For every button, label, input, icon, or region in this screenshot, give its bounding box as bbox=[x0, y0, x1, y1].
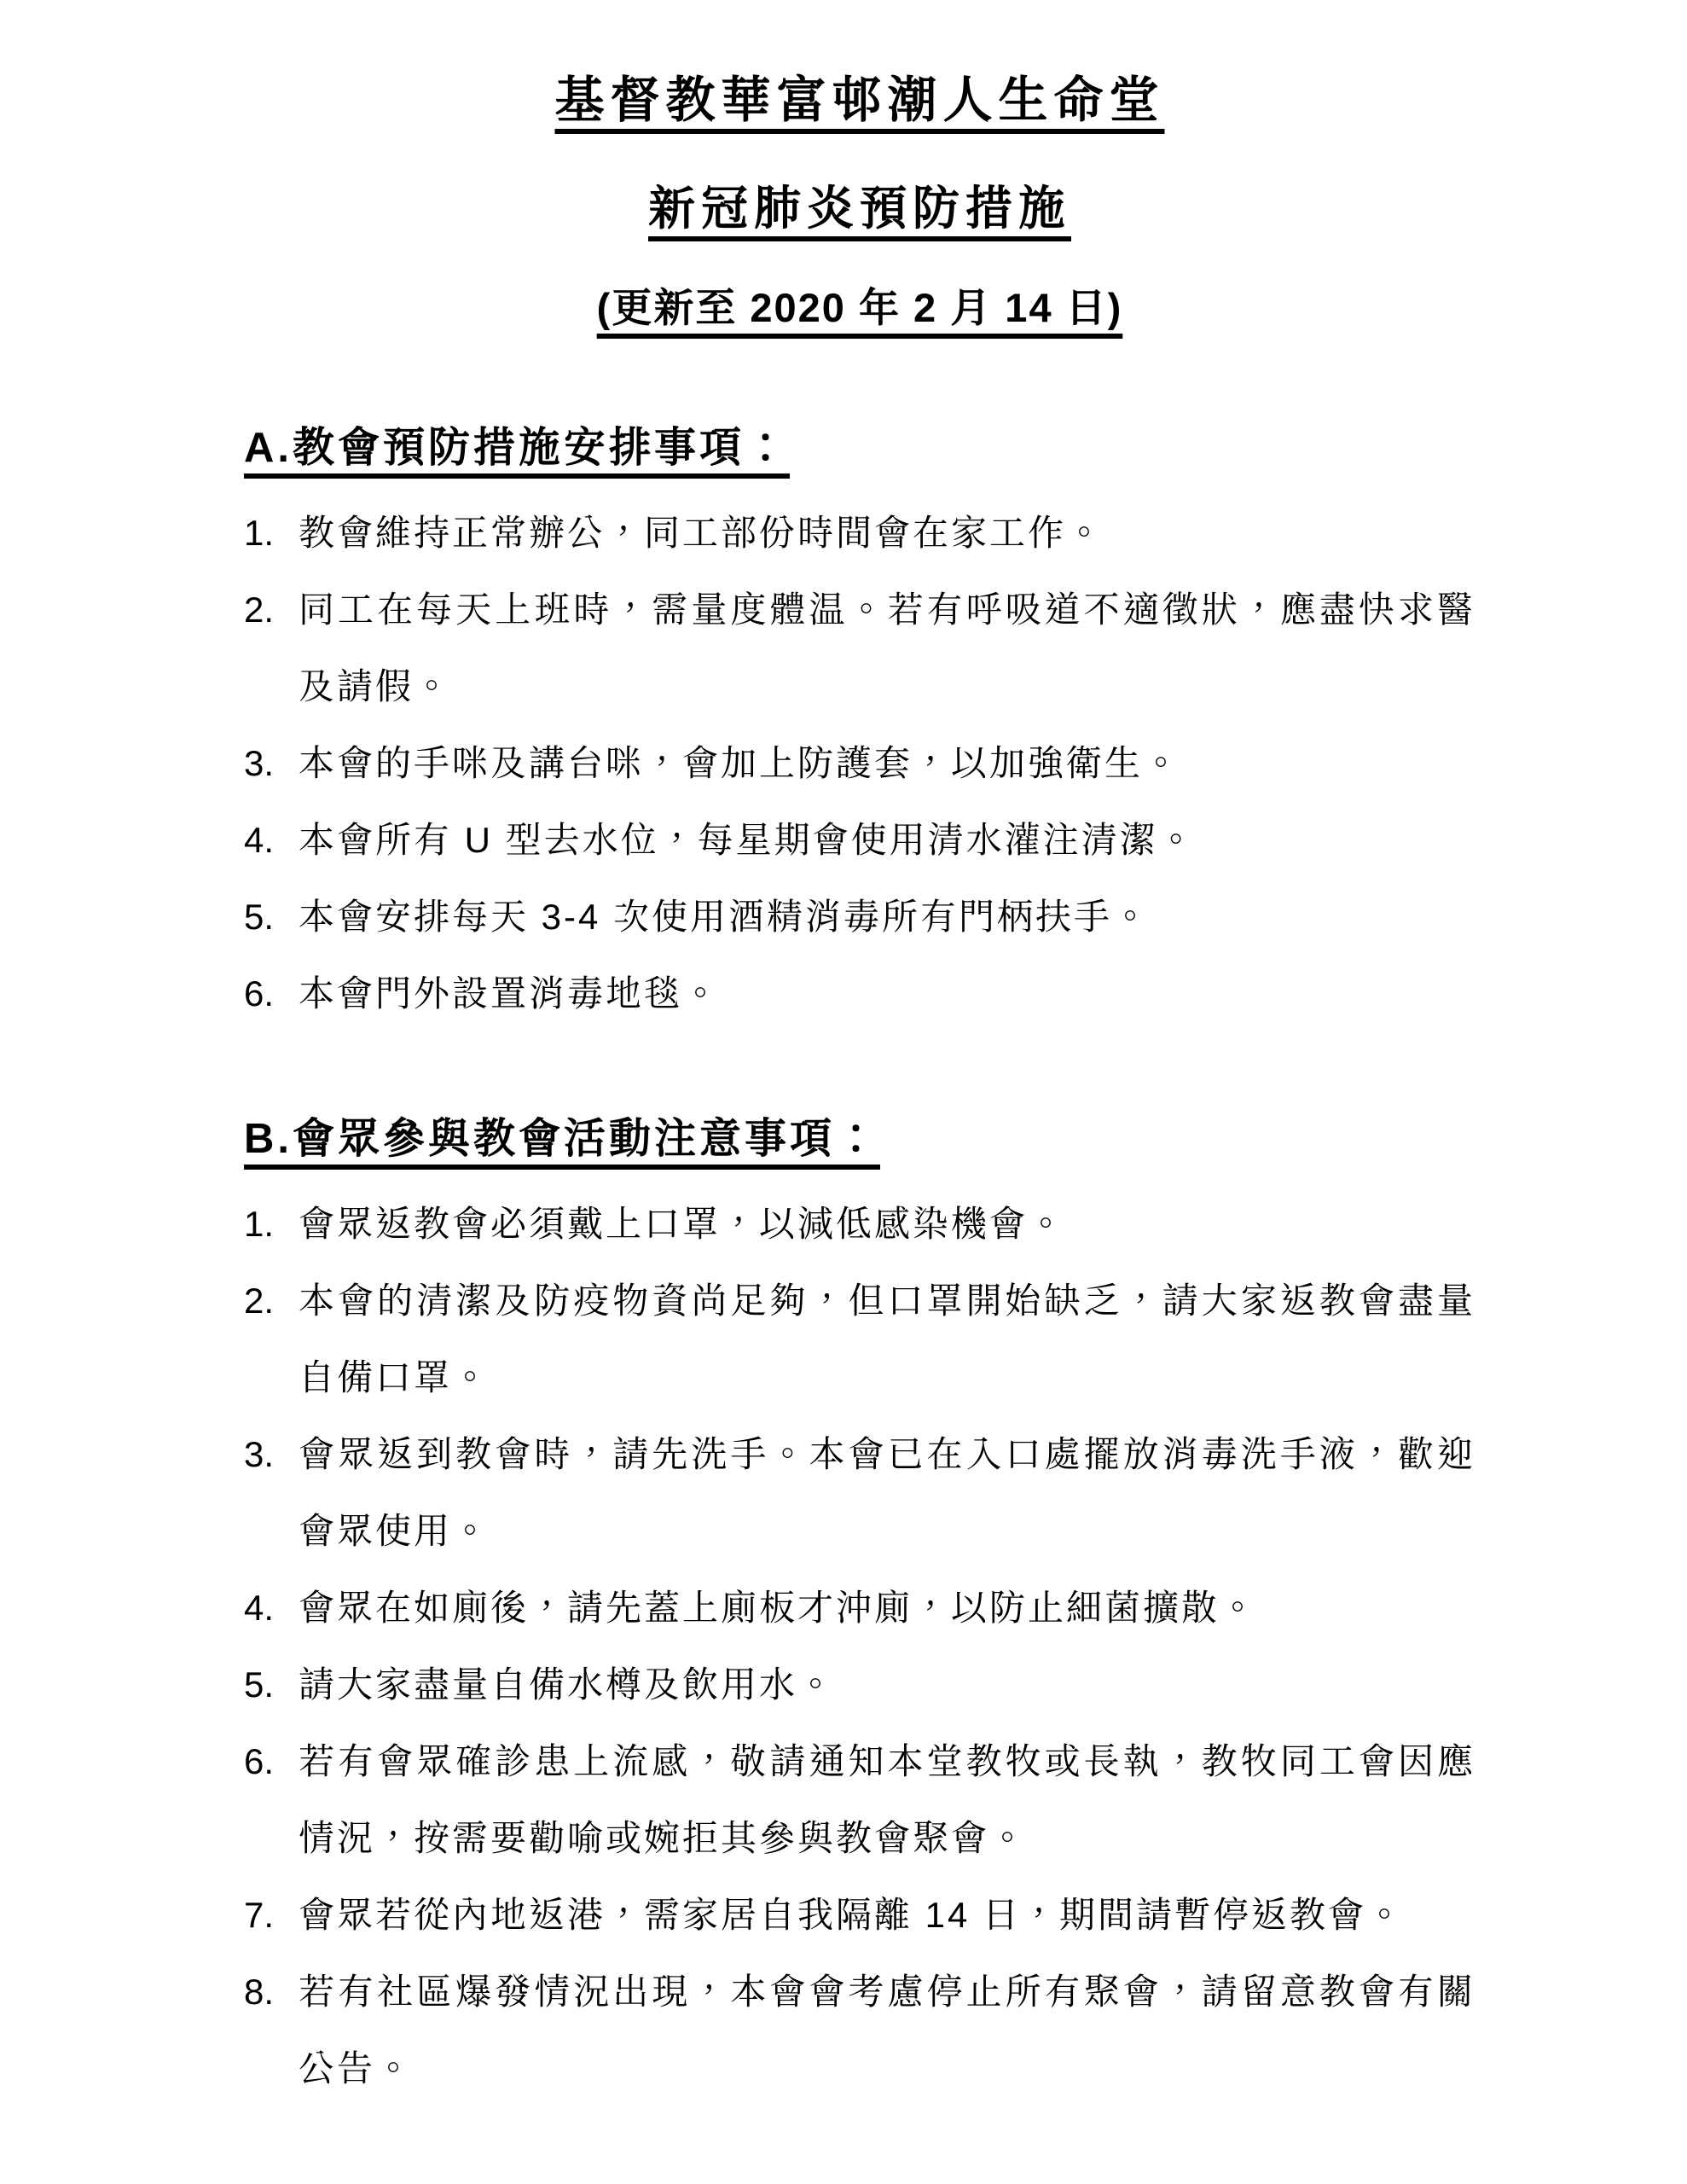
item-text: 請大家盡量自備水樽及飲用水。 bbox=[299, 1647, 1475, 1723]
list-item: 4. 本會所有 U 型去水位，每星期會使用清水灌注清潔。 bbox=[244, 802, 1475, 879]
item-number: 4. bbox=[244, 1570, 299, 1647]
document-title-text: 基督教華富邨潮人生命堂 bbox=[554, 73, 1164, 128]
document-title: 基督教華富邨潮人生命堂 bbox=[244, 73, 1475, 128]
item-text: 本會所有 U 型去水位，每星期會使用清水灌注清潔。 bbox=[299, 802, 1475, 879]
item-number: 5. bbox=[244, 1647, 299, 1723]
list-item: 6. 本會門外設置消毒地毯。 bbox=[244, 955, 1475, 1032]
item-number: 5. bbox=[244, 879, 299, 955]
list-item: 5. 請大家盡量自備水樽及飲用水。 bbox=[244, 1647, 1475, 1723]
document-page: 基督教華富邨潮人生命堂 新冠肺炎預防措施 (更新至 2020 年 2 月 14 … bbox=[0, 0, 1687, 2184]
section-a-label: A. bbox=[244, 425, 293, 471]
item-text: 本會門外設置消毒地毯。 bbox=[299, 955, 1475, 1032]
item-number: 4. bbox=[244, 802, 299, 879]
item-number: 1. bbox=[244, 1186, 299, 1263]
section-b: B.會眾參與教會活動注意事項： 1. 會眾返教會必須戴上口罩，以減低感染機會。 … bbox=[244, 1112, 1475, 2107]
section-a-heading-text: 教會預防措施安排事項： bbox=[293, 425, 790, 471]
list-item: 3. 會眾返到教會時，請先洗手。本會已在入口處擺放消毒洗手液，歡迎會眾使用。 bbox=[244, 1416, 1475, 1570]
item-text: 本會安排每天 3-4 次使用酒精消毒所有門柄扶手。 bbox=[299, 879, 1475, 955]
list-item: 1. 會眾返教會必須戴上口罩，以減低感染機會。 bbox=[244, 1186, 1475, 1263]
item-number: 1. bbox=[244, 495, 299, 572]
item-text: 會眾返教會必須戴上口罩，以減低感染機會。 bbox=[299, 1186, 1475, 1263]
item-text: 若有會眾確診患上流感，敬請通知本堂教牧或長執，教牧同工會因應情況，按需要勸喻或婉… bbox=[299, 1723, 1475, 1877]
item-number: 6. bbox=[244, 1723, 299, 1800]
list-item: 5. 本會安排每天 3-4 次使用酒精消毒所有門柄扶手。 bbox=[244, 879, 1475, 955]
section-b-heading: B.會眾參與教會活動注意事項： bbox=[244, 1112, 1475, 1167]
list-item: 2. 同工在每天上班時，需量度體温。若有呼吸道不適徵狀，應盡快求醫及請假。 bbox=[244, 572, 1475, 725]
document-date-text: (更新至 2020 年 2 月 14 日) bbox=[597, 285, 1123, 330]
list-item: 2. 本會的清潔及防疫物資尚足夠，但口罩開始缺乏，請大家返教會盡量自備口罩。 bbox=[244, 1263, 1475, 1416]
item-text: 會眾在如廁後，請先蓋上廁板才沖廁，以防止細菌擴散。 bbox=[299, 1570, 1475, 1647]
item-text: 會眾若從內地返港，需家居自我隔離 14 日，期間請暫停返教會。 bbox=[299, 1877, 1475, 1954]
item-number: 3. bbox=[244, 725, 299, 802]
list-item: 4. 會眾在如廁後，請先蓋上廁板才沖廁，以防止細菌擴散。 bbox=[244, 1570, 1475, 1647]
item-number: 7. bbox=[244, 1877, 299, 1954]
section-a: A.教會預防措施安排事項： 1. 教會維持正常辦公，同工部份時間會在家工作。 2… bbox=[244, 421, 1475, 1032]
list-item: 3. 本會的手咪及講台咪，會加上防護套，以加強衛生。 bbox=[244, 725, 1475, 802]
section-b-heading-text: 會眾參與教會活動注意事項： bbox=[293, 1116, 880, 1162]
item-text: 本會的手咪及講台咪，會加上防護套，以加強衛生。 bbox=[299, 725, 1475, 802]
section-a-items: 1. 教會維持正常辦公，同工部份時間會在家工作。 2. 同工在每天上班時，需量度… bbox=[244, 495, 1475, 1032]
section-b-items: 1. 會眾返教會必須戴上口罩，以減低感染機會。 2. 本會的清潔及防疫物資尚足夠… bbox=[244, 1186, 1475, 2107]
item-text: 同工在每天上班時，需量度體温。若有呼吸道不適徵狀，應盡快求醫及請假。 bbox=[299, 572, 1475, 725]
item-text: 本會的清潔及防疫物資尚足夠，但口罩開始缺乏，請大家返教會盡量自備口罩。 bbox=[299, 1263, 1475, 1416]
list-item: 1. 教會維持正常辦公，同工部份時間會在家工作。 bbox=[244, 495, 1475, 572]
item-text: 若有社區爆發情況出現，本會會考慮停止所有聚會，請留意教會有關公告。 bbox=[299, 1954, 1475, 2107]
document-date: (更新至 2020 年 2 月 14 日) bbox=[244, 285, 1475, 331]
document-subtitle: 新冠肺炎預防措施 bbox=[244, 183, 1475, 235]
item-text: 教會維持正常辦公，同工部份時間會在家工作。 bbox=[299, 495, 1475, 572]
list-item: 7. 會眾若從內地返港，需家居自我隔離 14 日，期間請暫停返教會。 bbox=[244, 1877, 1475, 1954]
list-item: 6. 若有會眾確診患上流感，敬請通知本堂教牧或長執，教牧同工會因應情況，按需要勸… bbox=[244, 1723, 1475, 1877]
item-number: 6. bbox=[244, 955, 299, 1032]
section-a-heading: A.教會預防措施安排事項： bbox=[244, 421, 1475, 476]
list-item: 8. 若有社區爆發情況出現，本會會考慮停止所有聚會，請留意教會有關公告。 bbox=[244, 1954, 1475, 2107]
document-subtitle-text: 新冠肺炎預防措施 bbox=[648, 182, 1071, 235]
item-number: 2. bbox=[244, 572, 299, 648]
item-number: 2. bbox=[244, 1263, 299, 1339]
item-number: 8. bbox=[244, 1954, 299, 2030]
item-text: 會眾返到教會時，請先洗手。本會已在入口處擺放消毒洗手液，歡迎會眾使用。 bbox=[299, 1416, 1475, 1570]
section-b-label: B. bbox=[244, 1116, 293, 1162]
item-number: 3. bbox=[244, 1416, 299, 1493]
